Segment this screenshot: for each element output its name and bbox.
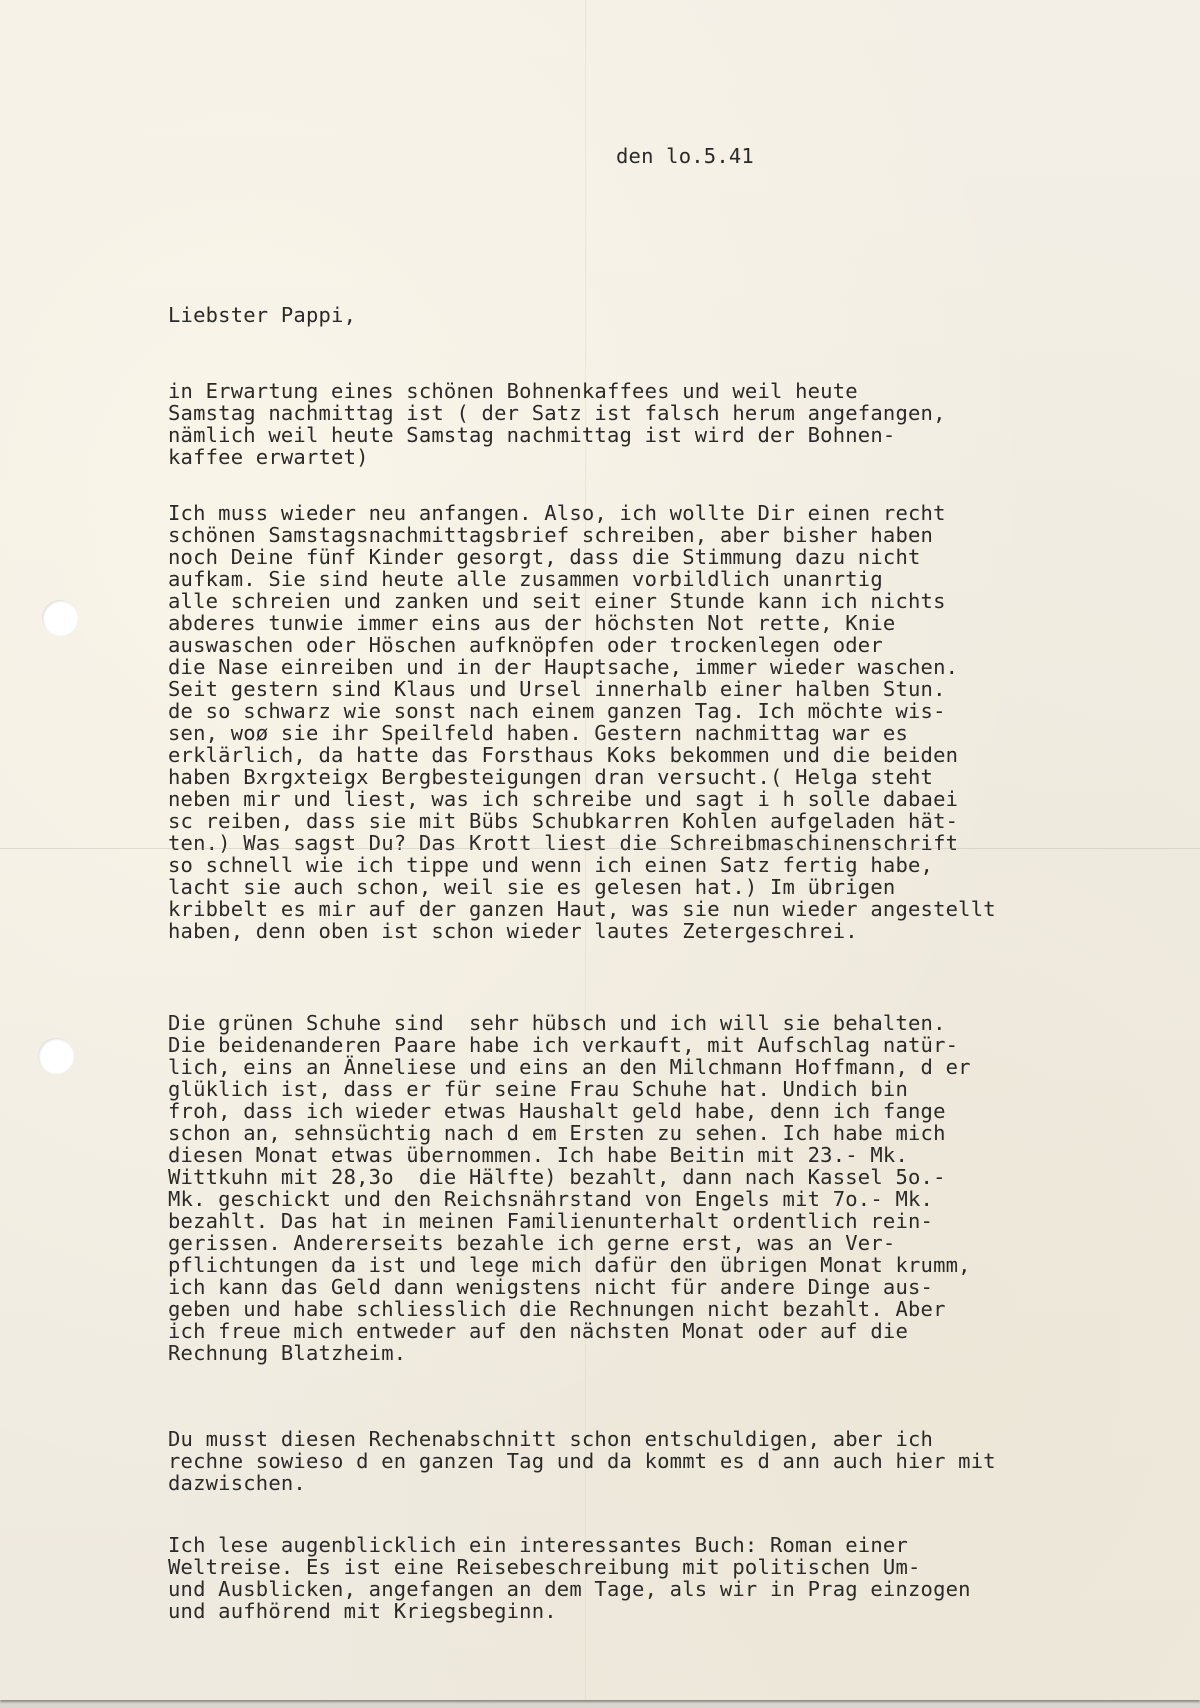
text-line: Weltreise. Es ist eine Reisebeschreibung… xyxy=(168,1556,971,1578)
text-line: die Nase einreiben und in der Hauptsache… xyxy=(168,656,996,678)
text-line: schon an, sehnsüchtig nach d em Ersten z… xyxy=(168,1122,971,1144)
text-line: Du musst diesen Rechenabschnitt schon en… xyxy=(168,1428,996,1450)
text-line: froh, dass ich wieder etwas Haushalt gel… xyxy=(168,1100,971,1122)
text-line: erklärlich, da hatte das Forsthaus Koks … xyxy=(168,744,996,766)
text-line: kaffee erwartet) xyxy=(168,446,946,468)
text-line: gerissen. Andererseits bezahle ich gerne… xyxy=(168,1232,971,1254)
text-line: neben mir und liest, was ich schreibe un… xyxy=(168,788,996,810)
paragraph-2: Ich muss wieder neu anfangen. Also, ich … xyxy=(168,502,996,942)
text-line: nämlich weil heute Samstag nachmittag is… xyxy=(168,424,946,446)
paragraph-4: Du musst diesen Rechenabschnitt schon en… xyxy=(168,1428,996,1494)
text-line: Ich lese augenblicklich ein interessante… xyxy=(168,1534,971,1556)
text-line: abderes tunwie immer eins aus der höchst… xyxy=(168,612,996,634)
text-line: sen, woø sie ihr Speilfeld haben. Gester… xyxy=(168,722,996,744)
letter-salutation: Liebster Pappi, xyxy=(168,304,356,326)
text-line: bezahlt. Das hat in meinen Familienunter… xyxy=(168,1210,971,1232)
text-line: lich, eins an Änneliese und eins an den … xyxy=(168,1056,971,1078)
text-line: und Ausblicken, angefangen an dem Tage, … xyxy=(168,1578,971,1600)
text-line: rechne sowieso d en ganzen Tag und da ko… xyxy=(168,1450,996,1472)
text-line: ich freue mich entweder auf den nächsten… xyxy=(168,1320,971,1342)
punch-hole-top xyxy=(42,600,78,636)
text-line: lacht sie auch schon, weil sie es gelese… xyxy=(168,876,996,898)
text-line: pflichtungen da ist und lege mich dafür … xyxy=(168,1254,971,1276)
punch-hole-bottom xyxy=(38,1038,74,1074)
text-line: kribbelt es mir auf der ganzen Haut, was… xyxy=(168,898,996,920)
text-line: geben und habe schliesslich die Rechnung… xyxy=(168,1298,971,1320)
paragraph-1: in Erwartung eines schönen Bohnenkaffees… xyxy=(168,380,946,468)
text-line: Die grünen Schuhe sind sehr hübsch und i… xyxy=(168,1012,971,1034)
paragraph-5: Ich lese augenblicklich ein interessante… xyxy=(168,1534,971,1622)
text-line: glüklich ist, dass er für seine Frau Sch… xyxy=(168,1078,971,1100)
text-line: Samstag nachmittag ist ( der Satz ist fa… xyxy=(168,402,946,424)
text-line: so schnell wie ich tippe und wenn ich ei… xyxy=(168,854,996,876)
letter-date: den lo.5.41 xyxy=(616,145,754,167)
text-line: ten.) Was sagst Du? Das Krott liest die … xyxy=(168,832,996,854)
text-line: aufkam. Sie sind heute alle zusammen vor… xyxy=(168,568,996,590)
text-line: Rechnung Blatzheim. xyxy=(168,1342,971,1364)
text-line: Die beidenanderen Paare habe ich verkauf… xyxy=(168,1034,971,1056)
text-line: de so schwarz wie sonst nach einem ganze… xyxy=(168,700,996,722)
text-line: ich kann das Geld dann wenigstens nicht … xyxy=(168,1276,971,1298)
text-line: Ich muss wieder neu anfangen. Also, ich … xyxy=(168,502,996,524)
text-line: dazwischen. xyxy=(168,1472,996,1494)
paragraph-3: Die grünen Schuhe sind sehr hübsch und i… xyxy=(168,1012,971,1364)
text-line: Mk. geschickt und den Reichsnährstand vo… xyxy=(168,1188,971,1210)
text-line: Wittkuhn mit 28,3o die Hälfte) bezahlt, … xyxy=(168,1166,971,1188)
text-line: sc reiben, dass sie mit Bübs Schubkarren… xyxy=(168,810,996,832)
letter-sheet: den lo.5.41 Liebster Pappi, in Erwartung… xyxy=(0,0,1200,1700)
text-line: haben, denn oben ist schon wieder lautes… xyxy=(168,920,996,942)
text-line: noch Deine fünf Kinder gesorgt, dass die… xyxy=(168,546,996,568)
text-line: in Erwartung eines schönen Bohnenkaffees… xyxy=(168,380,946,402)
text-line: schönen Samstagsnachmittagsbrief schreib… xyxy=(168,524,996,546)
text-line: Seit gestern sind Klaus und Ursel innerh… xyxy=(168,678,996,700)
text-line: auswaschen oder Höschen aufknöpfen oder … xyxy=(168,634,996,656)
text-line: alle schreien und zanken und seit einer … xyxy=(168,590,996,612)
text-line: diesen Monat etwas übernommen. Ich habe … xyxy=(168,1144,971,1166)
text-line: haben Bxrgxteigx Bergbesteigungen dran v… xyxy=(168,766,996,788)
text-line: und aufhörend mit Kriegsbeginn. xyxy=(168,1600,971,1622)
